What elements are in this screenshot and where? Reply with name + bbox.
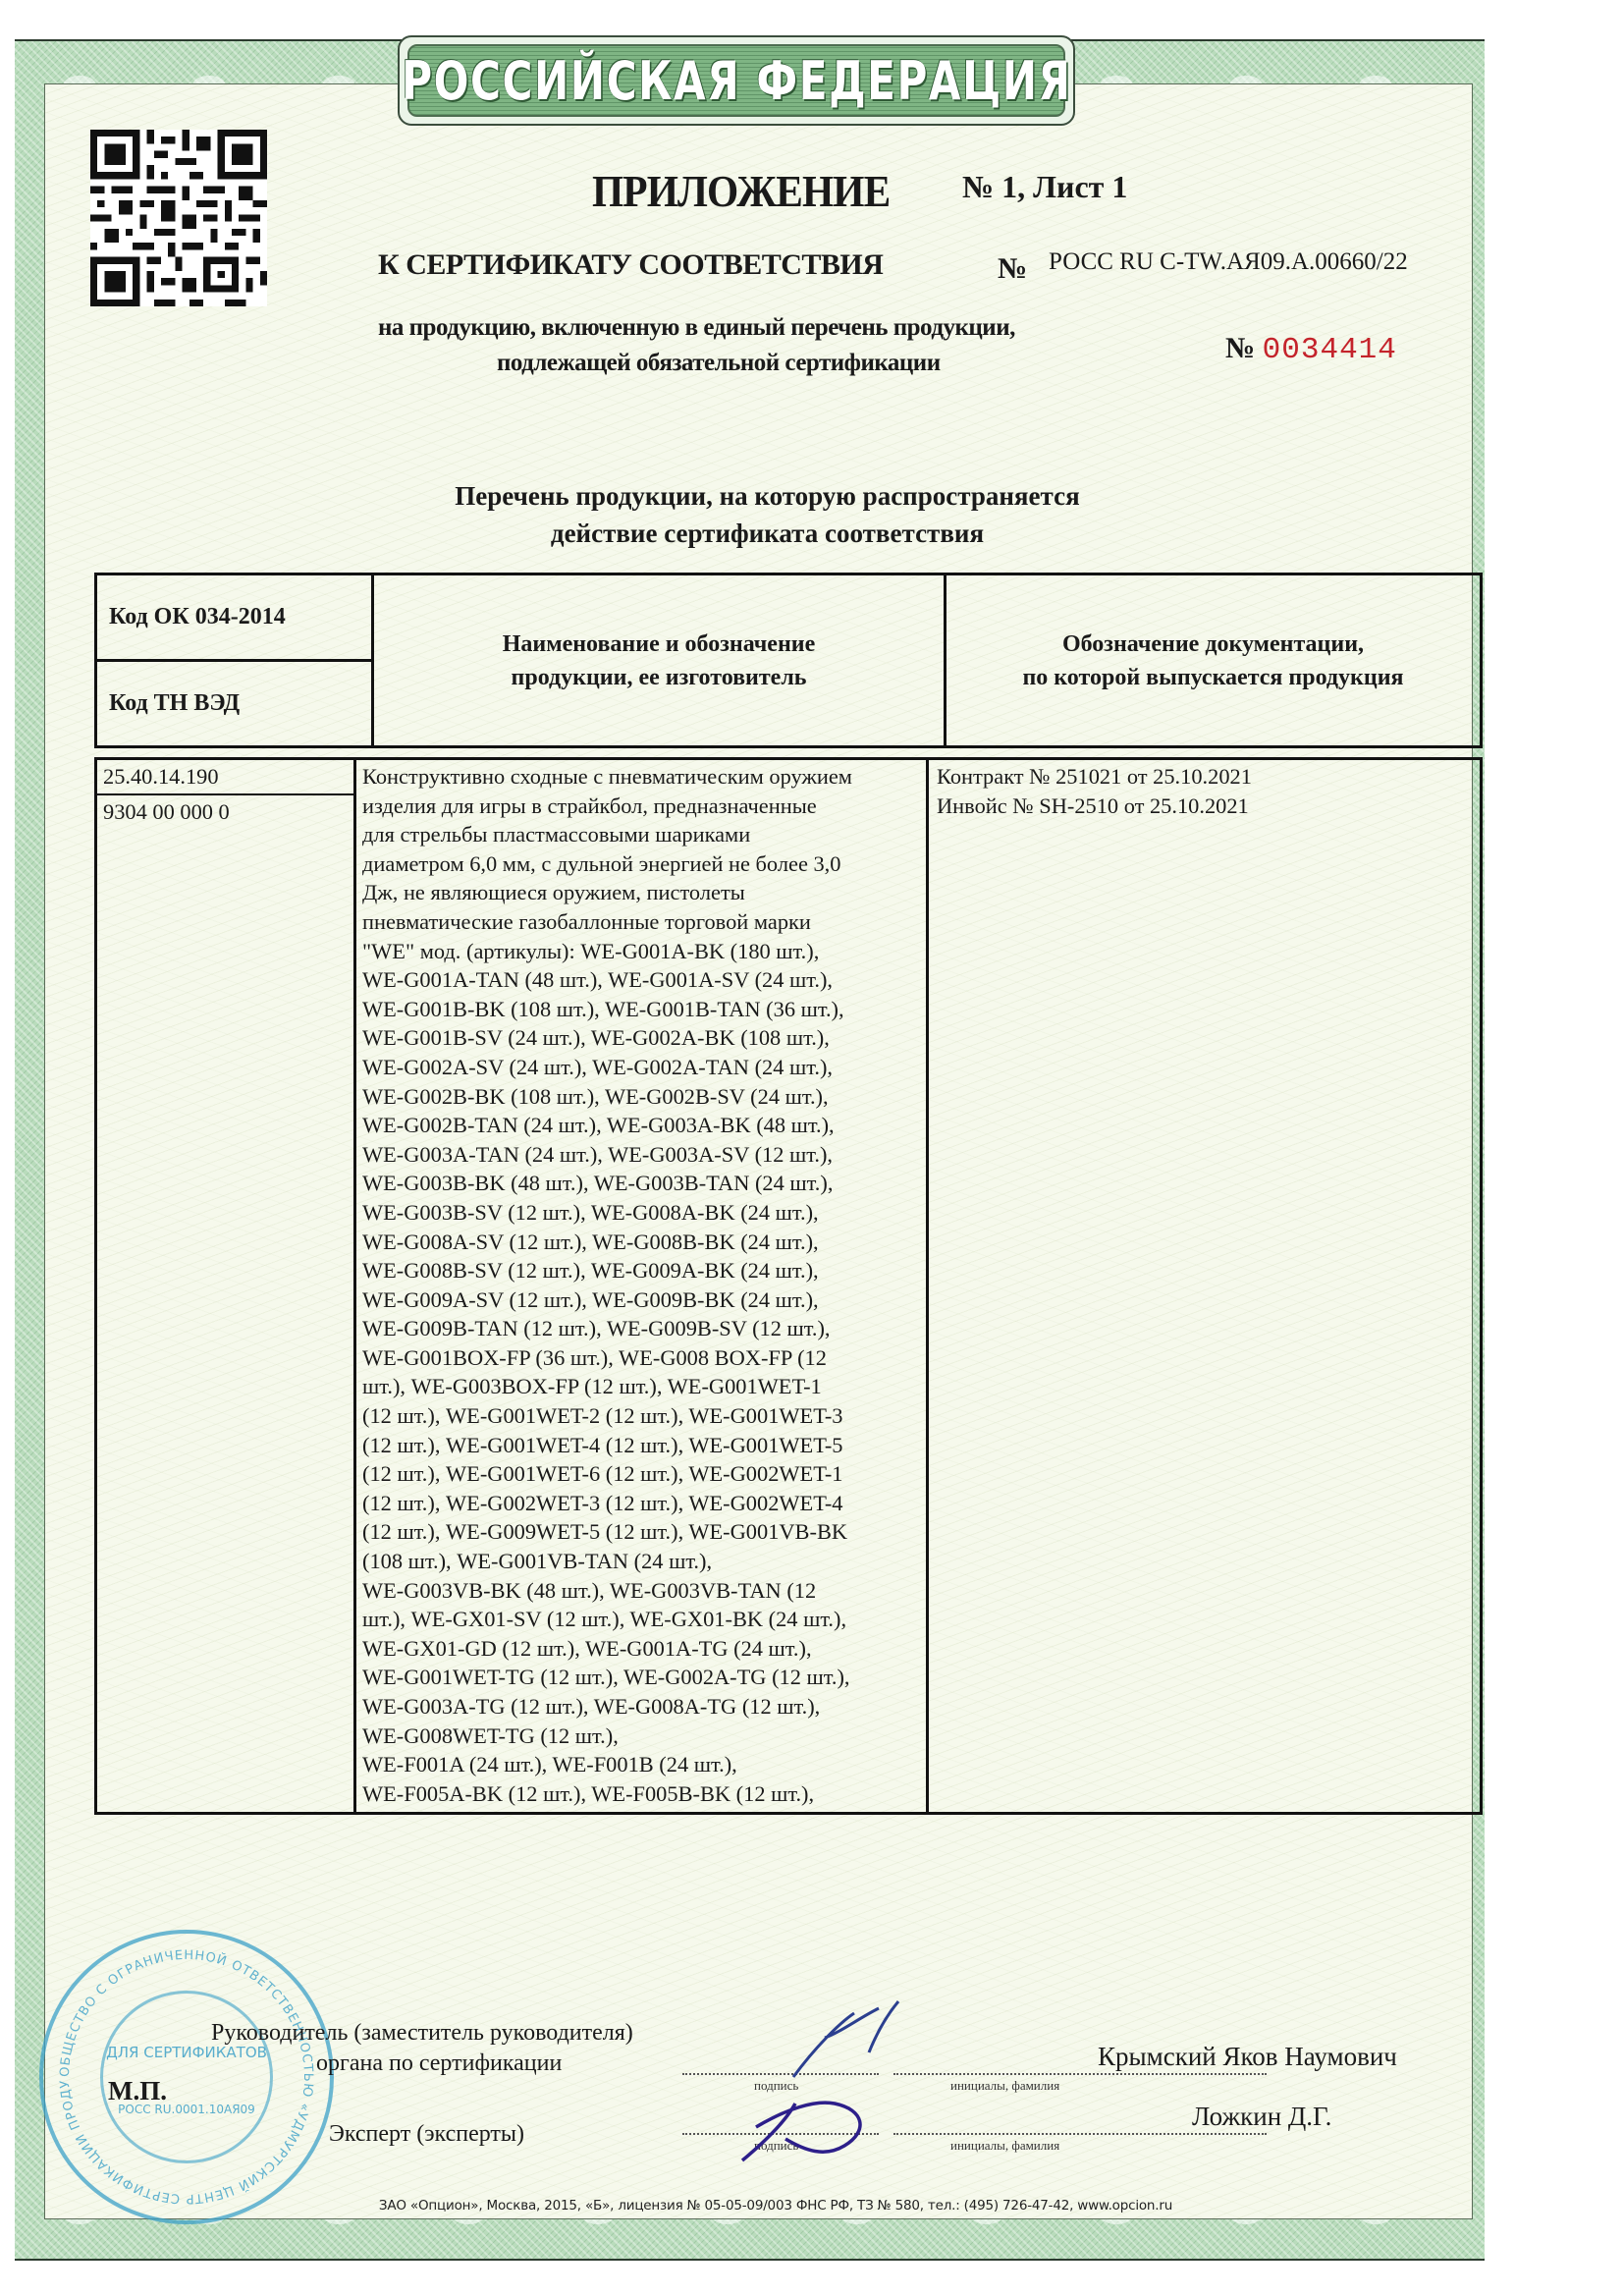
product-description-cell: Конструктивно сходные с пневматическим о… (355, 759, 928, 1814)
invoice-reference: Инвойс № SH-2510 от 25.10.2021 (937, 792, 1472, 821)
product-line: изделия для игры в страйкбол, предназнач… (362, 792, 920, 821)
product-line: WE-G008A-SV (12 шт.), WE-G008B-BK (24 шт… (362, 1228, 920, 1257)
product-line: WE-G009B-TAN (12 шт.), WE-G009B-SV (12 ш… (362, 1314, 920, 1343)
product-line: WE-G002B-BK (108 шт.), WE-G002B-SV (24 ш… (362, 1082, 920, 1112)
code-ok-value: 25.40.14.190 (97, 760, 353, 795)
expert-name: Ложкин Д.Г. (1192, 2102, 1331, 2132)
product-line: WE-G008WET-TG (12 шт.), (362, 1722, 920, 1751)
qr-code-icon (90, 130, 267, 306)
product-line: WE-G001B-BK (108 шт.), WE-G001B-TAN (36 … (362, 995, 920, 1024)
product-line: WE-G009A-SV (12 шт.), WE-G009B-BK (24 шт… (362, 1285, 920, 1315)
product-line: WE-G003VB-BK (48 шт.), WE-G003VB-TAN (12 (362, 1576, 920, 1606)
header-product-name: Наименование и обозначение продукции, ее… (373, 574, 946, 747)
product-line: (12 шт.), WE-G001WET-6 (12 шт.), WE-G002… (362, 1459, 920, 1489)
header-documentation: Обозначение документации, по которой вып… (946, 574, 1482, 747)
header-documentation-line-1: Обозначение документации, (947, 628, 1479, 661)
head-label-line-2: органа по сертификации (316, 2050, 562, 2077)
header-documentation-line-2: по которой выпускается продукция (947, 661, 1479, 694)
header-code-ok: Код ОК 034-2014 (96, 574, 373, 661)
product-line: WE-G001A-TAN (48 шт.), WE-G001A-SV (24 ш… (362, 965, 920, 995)
product-line: "WE" мод. (артикулы): WE-G001A-BK (180 ш… (362, 937, 920, 966)
product-description: Конструктивно сходные с пневматическим о… (362, 762, 920, 1808)
country-banner: РОССИЙСКАЯ ФЕДЕРАЦИЯ (398, 35, 1075, 126)
expert-name-caption: инициалы, фамилия (950, 2138, 1059, 2154)
product-line: диаметром 6,0 мм, с дульной энергией не … (362, 849, 920, 879)
certificate-label: К СЕРТИФИКАТУ СООТВЕТСТВИЯ (378, 248, 883, 282)
header-code-tnved: Код ТН ВЭД (96, 661, 373, 747)
product-line: WE-G002A-SV (24 шт.), WE-G002A-TAN (24 ш… (362, 1053, 920, 1082)
product-line: WE-GX01-GD (12 шт.), WE-G001A-TG (24 шт.… (362, 1634, 920, 1664)
country-banner-plate: РОССИЙСКАЯ ФЕДЕРАЦИЯ (407, 44, 1065, 117)
product-line: Конструктивно сходные с пневматическим о… (362, 762, 920, 792)
product-line: WE-F001A (24 шт.), WE-F001B (24 шт.), (362, 1750, 920, 1779)
documentation-cell: Контракт № 251021 от 25.10.2021 Инвойс №… (928, 759, 1482, 1814)
product-line: шт.), WE-G003BOX-FP (12 шт.), WE-G001WET… (362, 1372, 920, 1401)
product-line: для стрельбы пластмассовыми шариками (362, 820, 920, 849)
blank-number-sign: № (1225, 332, 1255, 364)
list-title-line-1: Перечень продукции, на которую распростр… (0, 481, 1579, 512)
product-line: (12 шт.), WE-G009WET-5 (12 шт.), WE-G001… (362, 1517, 920, 1547)
head-label-line-1: Руководитель (заместитель руководителя) (211, 2020, 633, 2047)
document-title: ПРИЛОЖЕНИЕ (592, 165, 890, 217)
product-line: (12 шт.), WE-G001WET-2 (12 шт.), WE-G001… (362, 1401, 920, 1431)
head-name-caption: инициалы, фамилия (950, 2078, 1059, 2094)
product-line: (12 шт.), WE-G001WET-4 (12 шт.), WE-G001… (362, 1431, 920, 1460)
product-line: (12 шт.), WE-G002WET-3 (12 шт.), WE-G002… (362, 1489, 920, 1518)
number-sign: № (998, 252, 1027, 286)
subtitle-line-2: подлежащей обязательной сертификации (497, 350, 941, 377)
expert-label: Эксперт (эксперты) (329, 2121, 524, 2148)
table-row: 25.40.14.190 9304 00 000 0 Конструктивно… (96, 759, 1482, 1814)
list-title-line-2: действие сертификата соответствия (0, 519, 1579, 549)
stamp-center-text: ДЛЯ СЕРТИФИКАТОВ РОСС RU.0001.10АЯ09 (43, 2044, 330, 2118)
subtitle-line-1: на продукцию, включенную в единый перече… (378, 314, 1015, 342)
header-product-name-line-2: продукции, ее изготовитель (375, 661, 943, 694)
product-line: WE-G003B-BK (48 шт.), WE-G003B-TAN (24 ш… (362, 1169, 920, 1198)
expert-name-line (893, 2133, 1267, 2135)
product-line: пневматические газобаллонные торговой ма… (362, 907, 920, 937)
blank-serial: № 0034414 (1225, 332, 1397, 367)
product-line: WE-G008B-SV (12 шт.), WE-G009A-BK (24 шт… (362, 1256, 920, 1285)
contract-reference: Контракт № 251021 от 25.10.2021 (937, 762, 1472, 792)
head-signature-icon (785, 1994, 913, 2082)
product-line: WE-G001WET-TG (12 шт.), WE-G002A-TG (12 … (362, 1663, 920, 1692)
country-name: РОССИЙСКАЯ ФЕДЕРАЦИЯ (402, 50, 1071, 112)
expert-signature-icon (736, 2092, 884, 2165)
header-product-name-line-1: Наименование и обозначение (375, 628, 943, 661)
code-tnved-value: 9304 00 000 0 (97, 795, 353, 829)
product-line: WE-F005A-BK (12 шт.), WE-F005B-BK (12 шт… (362, 1779, 920, 1809)
product-line: WE-G001BOX-FP (36 шт.), WE-G008 BOX-FP (… (362, 1343, 920, 1373)
head-name-line (893, 2073, 1267, 2075)
product-line: шт.), WE-GX01-SV (12 шт.), WE-GX01-BK (2… (362, 1605, 920, 1634)
product-line: WE-G003A-TG (12 шт.), WE-G008A-TG (12 шт… (362, 1692, 920, 1722)
table-header: Код ОК 034-2014 Наименование и обозначен… (94, 573, 1483, 748)
stamp-code: РОСС RU.0001.10АЯ09 (43, 2101, 330, 2118)
appendix-number: № 1, Лист 1 (962, 169, 1127, 205)
product-line: Дж, не являющиеся оружием, пистолеты (362, 878, 920, 907)
official-stamp: ОБЩЕСТВО С ОГРАНИЧЕННОЙ ОТВЕТСТВЕННОСТЬЮ… (39, 1930, 334, 2224)
product-line: WE-G003B-SV (12 шт.), WE-G008A-BK (24 шт… (362, 1198, 920, 1228)
product-line: (108 шт.), WE-G001VB-TAN (24 шт.), (362, 1547, 920, 1576)
product-line: WE-G003A-TAN (24 шт.), WE-G003A-SV (12 ш… (362, 1140, 920, 1170)
product-line: WE-G001B-SV (24 шт.), WE-G002A-BK (108 ш… (362, 1023, 920, 1053)
border-wave-bottom (15, 2215, 1485, 2259)
codes-cell: 25.40.14.190 9304 00 000 0 (96, 759, 355, 1814)
product-line: WE-G002B-TAN (24 шт.), WE-G003A-BK (48 ш… (362, 1111, 920, 1140)
printer-imprint: ЗАО «Опцион», Москва, 2015, «Б», лицензи… (275, 2198, 1276, 2214)
certificate-number: РОСС RU C-TW.АЯ09.А.00660/22 (1049, 248, 1408, 276)
seal-placeholder: М.П. (108, 2076, 167, 2106)
blank-serial-number: 0034414 (1263, 333, 1397, 367)
product-table: 25.40.14.190 9304 00 000 0 Конструктивно… (94, 757, 1483, 1815)
head-name: Крымский Яков Наумович (1098, 2042, 1397, 2072)
